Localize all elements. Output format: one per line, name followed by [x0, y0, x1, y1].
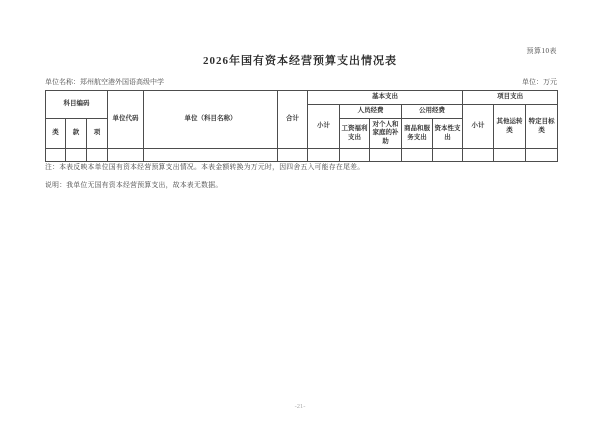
page-title: 2026年国有资本经营预算支出情况表 [0, 52, 600, 68]
table-body [46, 149, 558, 162]
data-cell [278, 149, 308, 162]
table-note: 注：本表反映本单位国有资本经营预算支出情况。本表金额转换为万元时，因四舍五入可能… [45, 161, 364, 171]
data-cell [433, 149, 463, 162]
header-subject-code: 科目编码 [46, 91, 108, 119]
document-page: 预算10表 2026年国有资本经营预算支出情况表 单位名称：郑州航空港外国语高级… [0, 0, 600, 424]
header-basic-subtotal: 小计 [308, 105, 340, 149]
header-row-1: 科目编码 单位代码 单位（科目名称） 合计 基本支出 项目支出 [46, 91, 558, 105]
table-explanation: 说明：我单位无国有资本经营预算支出，故本表无数据。 [45, 179, 222, 189]
data-cell [526, 149, 558, 162]
unit-name-label: 单位名称：郑州航空港外国语高级中学 [45, 77, 164, 87]
header-code-class: 类 [46, 119, 66, 149]
data-cell [108, 149, 144, 162]
data-cell [370, 149, 402, 162]
header-specific-target: 特定目标类 [526, 105, 558, 149]
data-cell [66, 149, 87, 162]
header-personnel-funds: 人员经费 [340, 105, 402, 119]
data-cell [144, 149, 278, 162]
unit-of-measure-label: 单位：万元 [522, 77, 557, 87]
data-cell [308, 149, 340, 162]
data-cell [463, 149, 494, 162]
data-cell [494, 149, 526, 162]
table-row [46, 149, 558, 162]
header-goods-services: 商品和服务支出 [402, 119, 433, 149]
data-cell [87, 149, 108, 162]
header-code-section: 款 [66, 119, 87, 149]
header-capital-expenditure: 资本性支出 [433, 119, 463, 149]
header-unit-code: 单位代码 [108, 91, 144, 149]
header-other-operation: 其他运转类 [494, 105, 526, 149]
budget-table: 科目编码 单位代码 单位（科目名称） 合计 基本支出 项目支出 小计 人员经费 … [45, 90, 558, 162]
header-wage-welfare: 工资福利支出 [340, 119, 370, 149]
header-basic-expenditure: 基本支出 [308, 91, 463, 105]
header-individual-family-subsidy: 对个人和家庭的补助 [370, 119, 402, 149]
data-cell [340, 149, 370, 162]
data-cell [402, 149, 433, 162]
header-project-expenditure: 项目支出 [463, 91, 558, 105]
header-unit-subject-name: 单位（科目名称） [144, 91, 278, 149]
header-public-funds: 公用经费 [402, 105, 463, 119]
header-code-item: 项 [87, 119, 108, 149]
header-project-subtotal: 小计 [463, 105, 494, 149]
page-number: -21- [0, 403, 600, 410]
data-cell [46, 149, 66, 162]
header-total: 合计 [278, 91, 308, 149]
meta-row: 单位名称：郑州航空港外国语高级中学 单位：万元 [45, 77, 557, 87]
